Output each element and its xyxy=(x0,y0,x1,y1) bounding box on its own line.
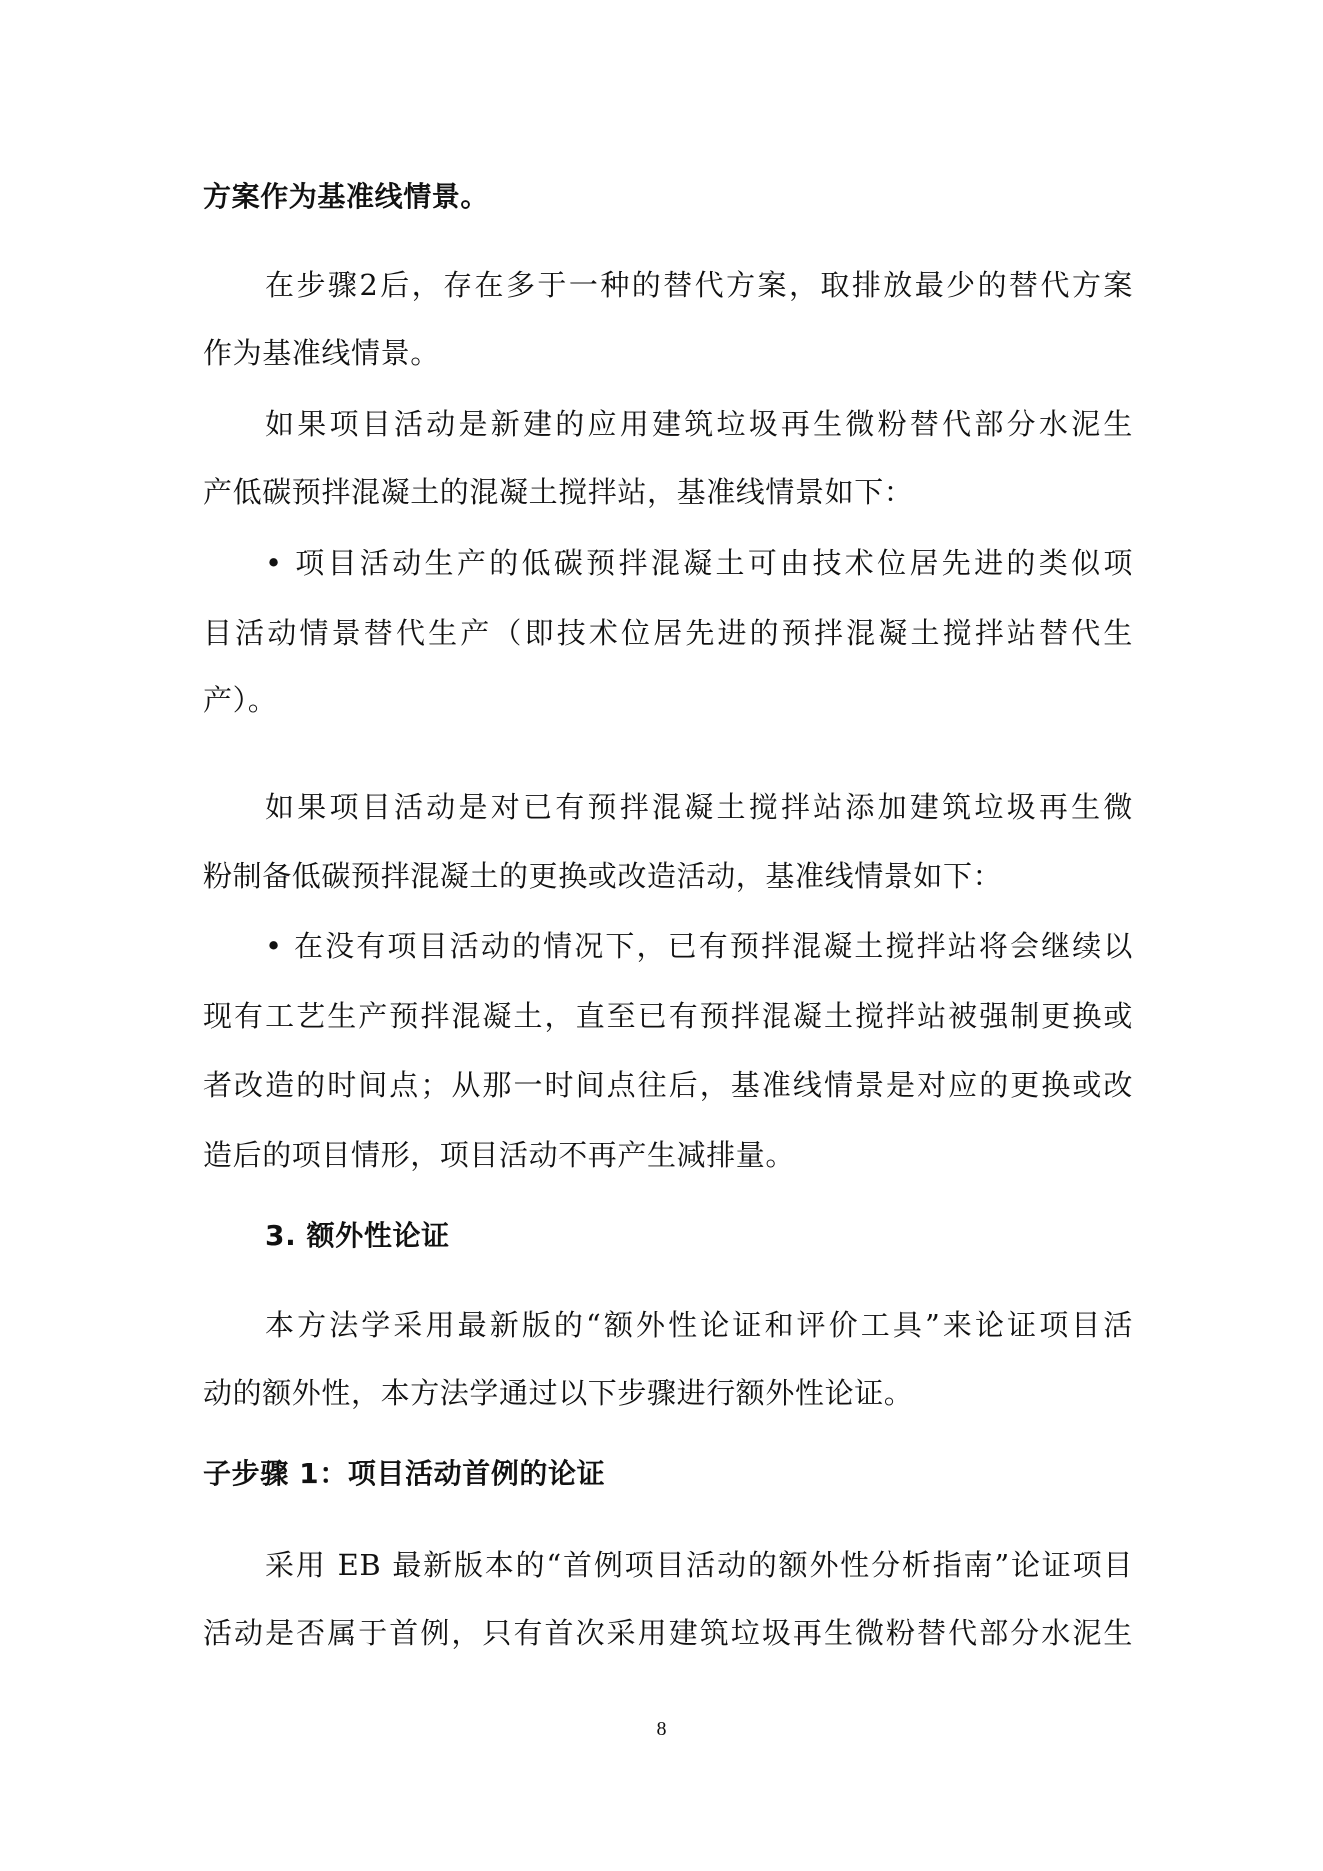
paragraph-line: 活动是否属于首例，只有首次采用建筑垃圾再生微粉替代部分水泥生 xyxy=(203,1613,1133,1653)
paragraph-line: 者改造的时间点；从那一时间点往后，基准线情景是对应的更换或改 xyxy=(203,1065,1133,1105)
paragraph-line: 造后的项目情形，项目活动不再产生减排量。 xyxy=(203,1135,1133,1175)
paragraph-line: 粉制备低碳预拌混凝土的更换或改造活动，基准线情景如下： xyxy=(203,856,1133,896)
bullet-line: • 项目活动生产的低碳预拌混凝土可由技术位居先进的类似项 xyxy=(265,543,1133,583)
paragraph-line: 在步骤2后，存在多于一种的替代方案，取排放最少的替代方案 xyxy=(265,265,1133,305)
subsection-heading: 子步骤 1：项目活动首例的论证 xyxy=(203,1454,1133,1494)
paragraph-line-bold: 方案作为基准线情景。 xyxy=(203,177,1133,217)
paragraph-line: 本方法学采用最新版的“额外性论证和评价工具”来论证项目活 xyxy=(265,1305,1133,1345)
paragraph-line: 如果项目活动是对已有预拌混凝土搅拌站添加建筑垃圾再生微 xyxy=(265,787,1133,827)
paragraph-line: 动的额外性，本方法学通过以下步骤进行额外性论证。 xyxy=(203,1373,1133,1413)
paragraph-line: 如果项目活动是新建的应用建筑垃圾再生微粉替代部分水泥生 xyxy=(265,404,1133,444)
paragraph-line: 产）。 xyxy=(203,680,1133,720)
paragraph-line: 作为基准线情景。 xyxy=(203,333,1133,373)
page-number: 8 xyxy=(0,1718,1323,1741)
paragraph-line: 目活动情景替代生产（即技术位居先进的预拌混凝土搅拌站替代生 xyxy=(203,613,1133,653)
bullet-line: • 在没有项目活动的情况下，已有预拌混凝土搅拌站将会继续以 xyxy=(265,926,1133,966)
paragraph-line: 采用 EB 最新版本的“首例项目活动的额外性分析指南”论证项目 xyxy=(265,1545,1133,1585)
paragraph-line: 现有工艺生产预拌混凝土，直至已有预拌混凝土搅拌站被强制更换或 xyxy=(203,996,1133,1036)
paragraph-line: 产低碳预拌混凝土的混凝土搅拌站，基准线情景如下： xyxy=(203,472,1133,512)
section-heading: 3. 额外性论证 xyxy=(265,1216,1133,1256)
document-page: 方案作为基准线情景。 在步骤2后，存在多于一种的替代方案，取排放最少的替代方案 … xyxy=(0,0,1323,1871)
